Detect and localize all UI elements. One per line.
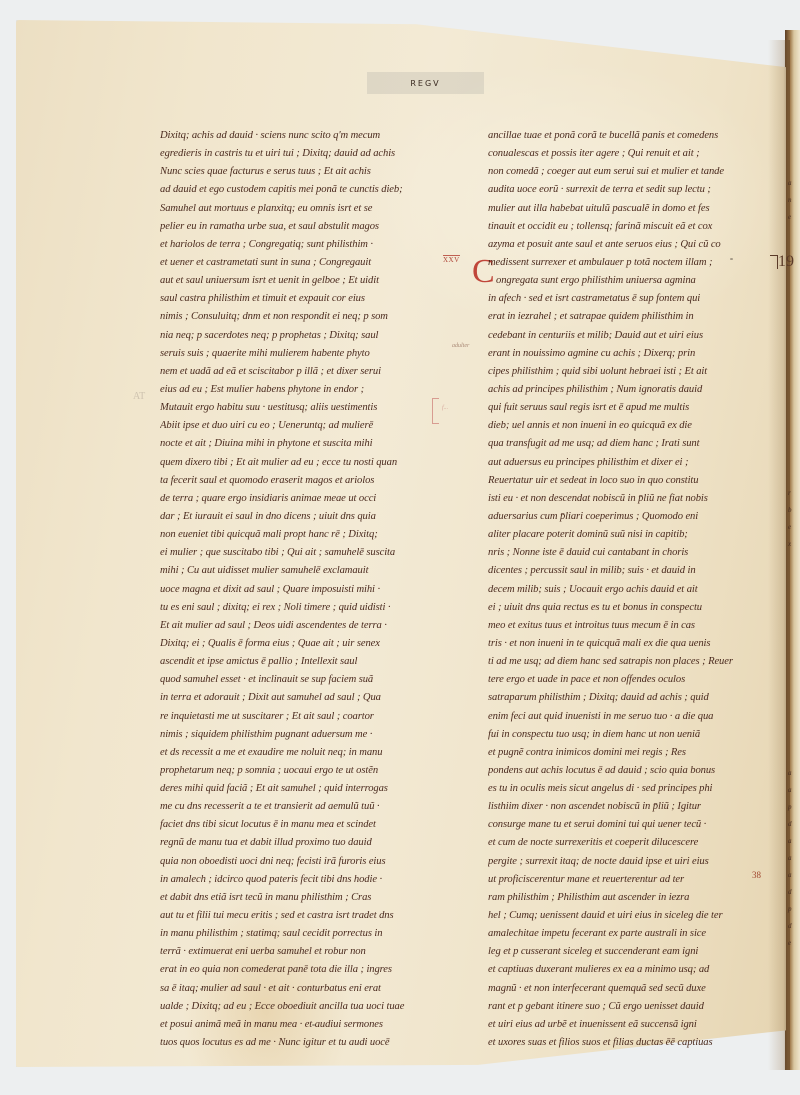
text-column-right: ancillae tuae et ponã corã te bucellã pa…	[488, 127, 768, 1052]
manuscript-line: sa ē itaq; mulier ad saul · et ait · con…	[160, 980, 465, 998]
manuscript-line: tuos quos locutus es ad me · Nunc igitur…	[160, 1034, 465, 1052]
margin-faint-mark: AT	[133, 391, 145, 402]
manuscript-line: erant in nouissimo agmine cu achis ; Dix…	[488, 345, 768, 363]
adjacent-page-glyph: d	[788, 884, 792, 901]
manuscript-line: tu es eni saul ; dixitq; ei rex ; Noli t…	[160, 599, 465, 617]
manuscript-line: rant et p gebant itinere suo ; Cũ ergo u…	[488, 998, 768, 1016]
text-column-left: Dixitq; achis ad dauid · sciens nunc sci…	[160, 127, 465, 1052]
manuscript-line: nimis ; siquidem philisthim pugnant adue…	[160, 726, 465, 744]
manuscript-line: listhiim dixer · non ascendet nobiscũ in…	[488, 798, 768, 816]
manuscript-line: aut aduersus eu principes philisthim et …	[488, 454, 768, 472]
manuscript-line: prophetarum neq; p somnia ; uocaui ergo …	[160, 762, 465, 780]
manuscript-line: dieb; uel annis et non inueni in eo quic…	[488, 417, 768, 435]
manuscript-line: azyma et posuit ante saul et ante seruos…	[488, 236, 768, 254]
manuscript-line: Et ait mulier ad saul ; Deos uidi ascend…	[160, 617, 465, 635]
manuscript-line: terrã · extimuerat eni uerba samuhel et …	[160, 943, 465, 961]
parchment-blemish	[312, 1024, 315, 1026]
manuscript-line: in manu philisthim ; statimq; saul cecid…	[160, 925, 465, 943]
manuscript-line: nimis ; Consuluitq; dnm et non respondit…	[160, 308, 465, 326]
manuscript-line: nem et uadã ad eã et sciscitabor p illã …	[160, 363, 465, 381]
manuscript-line: dar ; Et iurauit ei saul in dno dicens ;…	[160, 508, 465, 526]
adjacent-page-glyph: p	[788, 901, 792, 918]
manuscript-line: non comedã ; coeger aut eum serui sui et…	[488, 163, 768, 181]
manuscript-line: re inquietasti me ut suscitarer ; Et ait…	[160, 708, 465, 726]
manuscript-line: conualescas et possis iter agere ; Qui r…	[488, 145, 768, 163]
adjacent-page-glyph: d	[788, 816, 792, 833]
adjacent-page-glyph: a	[788, 867, 792, 884]
adjacent-page-glyph: a	[788, 850, 792, 867]
manuscript-line: consurge mane tu et serui domini tui qui…	[488, 816, 768, 834]
viewer-stage: REGV XXV C 19 38 AT f... adulter Dixitq;…	[0, 0, 800, 1095]
manuscript-line: pondens aut achis locutus ē ad dauid ; s…	[488, 762, 768, 780]
manuscript-line: regnũ de manu tua et dabit illud proximo…	[160, 834, 465, 852]
manuscript-line: leg et p cusserant siceleg et succendera…	[488, 943, 768, 961]
manuscript-line: et hariolos de terra ; Congregatiq; sunt…	[160, 236, 465, 254]
manuscript-line: tinauit et occidit eu ; tollensq; farinã…	[488, 218, 768, 236]
manuscript-line: ei mulier ; que suscitabo tibi ; Qui ait…	[160, 544, 465, 562]
manuscript-line: dicentes ; percussit saul in milib; suis…	[488, 562, 768, 580]
adjacent-page-glyph: e	[788, 935, 791, 952]
manuscript-line: nocte et ait ; Diuina mihi in phytone et…	[160, 435, 465, 453]
manuscript-line: Samuhel aut mortuus e planxitq; eu omnis…	[160, 200, 465, 218]
manuscript-line: nris ; Nonne iste ē dauid cui cantabant …	[488, 544, 768, 562]
adjacent-page-glyph: n	[788, 192, 792, 209]
manuscript-line: in terra et adorauit ; Dixit aut samuhel…	[160, 689, 465, 707]
manuscript-line: Nunc scies quae facturus e serus tuus ; …	[160, 163, 465, 181]
manuscript-line: ei ; uiuit dns quia rectus es tu et bonu…	[488, 599, 768, 617]
parchment-blemish	[200, 988, 203, 990]
manuscript-line: et uener et castrametati sunt in suna ; …	[160, 254, 465, 272]
manuscript-line: et ds recessit a me et exaudire me nolui…	[160, 744, 465, 762]
adjacent-page-glyph: r	[788, 485, 791, 502]
adjacent-page-glyph: d	[788, 918, 792, 935]
manuscript-line: fui in conspectu tuo usq; in diem hanc u…	[488, 726, 768, 744]
manuscript-line: nia neq; p sacerdotes neq; p prophetas ;…	[160, 327, 465, 345]
manuscript-line: aut tu et filii tui mecu eritis ; sed et…	[160, 907, 465, 925]
manuscript-line: quod samuhel esset · et inclinauit se su…	[160, 671, 465, 689]
manuscript-line: magnũ · et non interfecerant quemquã sed…	[488, 980, 768, 998]
manuscript-line: pelier eu in ramatha urbe sua, et saul a…	[160, 218, 465, 236]
manuscript-line: medissent surrexer et ambulauer p totã n…	[488, 254, 768, 272]
manuscript-line: erat in eo quia non comederat panē tota …	[160, 961, 465, 979]
manuscript-line: quem dixero tibi ; Et ait mulier ad eu ;…	[160, 454, 465, 472]
manuscript-line: Dixitq; ei ; Qualis ē forma eius ; Quae …	[160, 635, 465, 653]
adjacent-page-glyph: a	[788, 175, 792, 192]
adjacent-page-glyph: e	[788, 519, 791, 536]
manuscript-line: et cum de nocte surrexeritis et coeperit…	[488, 834, 768, 852]
adjacent-page-glyph: e	[788, 209, 791, 226]
manuscript-line: ta fecerit saul et quomodo eraserit mago…	[160, 472, 465, 490]
manuscript-line: enim feci aut quid inuenisti in me seruo…	[488, 708, 768, 726]
manuscript-line: achis ad principes philisthim ; Num igno…	[488, 381, 768, 399]
manuscript-line: ascendit et ipse amictus ē pallio ; Inte…	[160, 653, 465, 671]
manuscript-line: eius ad eu ; Est mulier habens phytone i…	[160, 381, 465, 399]
manuscript-line: me cu dns recesserit a te et transierit …	[160, 798, 465, 816]
manuscript-line: cedebant in centuriis et milib; Dauid au…	[488, 327, 768, 345]
manuscript-line: qui fuit seruus saul regis isrt et ē apu…	[488, 399, 768, 417]
manuscript-line: ad dauid et ego custodem capitis mei pon…	[160, 181, 465, 199]
manuscript-line: ram philisthim ; Philisthim aut ascender…	[488, 889, 768, 907]
adjacent-page-glyph: x	[788, 536, 791, 553]
manuscript-line: decem milib; suis ; Uocauit ergo achis d…	[488, 581, 768, 599]
manuscript-line: ti ad me usq; ad diem hanc sed satrapis …	[488, 653, 768, 671]
margin-number-top: 19	[778, 253, 794, 271]
manuscript-line: Reuertatur uir et sedeat in loco suo in …	[488, 472, 768, 490]
adjacent-page-glyph: a	[788, 833, 792, 850]
manuscript-line: amalechitae impetu fecerant ex parte aus…	[488, 925, 768, 943]
manuscript-line: aduersarius cum p̄liari coeperimus ; Quo…	[488, 508, 768, 526]
manuscript-line: tris · et non inueni in te quicquã mali …	[488, 635, 768, 653]
manuscript-line: in afech · sed et isrt castrametatus ē s…	[488, 290, 768, 308]
manuscript-line: de terra ; quare ergo insidiaris animae …	[160, 490, 465, 508]
manuscript-line: cipes philisthim ; quid sibi uolunt hebr…	[488, 363, 768, 381]
manuscript-line: es tu in oculis meis sicut angelus di · …	[488, 780, 768, 798]
manuscript-line: aut et saul uniuersum isrt et uenit in g…	[160, 272, 465, 290]
manuscript-line: erat in iezrahel ; et satrapae quidem ph…	[488, 308, 768, 326]
manuscript-line: Mutauit ergo habitu suu · uestitusq; ali…	[160, 399, 465, 417]
manuscript-line: seruis suis ; quaerite mihi mulierem hab…	[160, 345, 465, 363]
running-header: REGV	[367, 72, 484, 94]
manuscript-line: Abiit ipse et duo uiri cu eo ; Ueneruntq…	[160, 417, 465, 435]
manuscript-line: et dabit dns etiã isrt tecũ in manu phil…	[160, 889, 465, 907]
manuscript-line: ongregata sunt ergo philisthim uniuersa …	[488, 272, 768, 290]
manuscript-line: ualde ; Dixitq; ad eu ; Ecce oboediuit a…	[160, 998, 465, 1016]
manuscript-line: et captiuas duxerant mulieres ex ea a mi…	[488, 961, 768, 979]
manuscript-line: ut proficiscerentur mane et reuerterentu…	[488, 871, 768, 889]
manuscript-line: quia non oboedisti uoci dni neq; fecisti…	[160, 853, 465, 871]
gutter-shadow	[768, 40, 790, 1070]
manuscript-line: tere ergo et uade in pace et non offende…	[488, 671, 768, 689]
manuscript-line: meo et exitus tuus et introitus tuus mec…	[488, 617, 768, 635]
parchment-blemish	[730, 258, 733, 260]
manuscript-line: aliter placare poterit dominũ suũ nisi i…	[488, 526, 768, 544]
manuscript-line: mihi ; Cu aut uidisset mulier samuhelē e…	[160, 562, 465, 580]
manuscript-line: satraparum philisthim ; Dixitq; dauid ad…	[488, 689, 768, 707]
adjacent-page-glyph: p	[788, 799, 792, 816]
manuscript-line: et pugnẽ contra inimicos domini mei regi…	[488, 744, 768, 762]
adjacent-page-glyph: a	[788, 765, 792, 782]
manuscript-line: egredieris in castris tu et uiri tui ; D…	[160, 145, 465, 163]
manuscript-line: audita uoce eorũ · surrexit de terra et …	[488, 181, 768, 199]
manuscript-line: pergite ; surrexit itaq; de nocte dauid …	[488, 853, 768, 871]
manuscript-line: et uxores suas et filios suos et filias …	[488, 1034, 768, 1052]
manuscript-line: faciet dns tibi sicut locutus ē in manu …	[160, 816, 465, 834]
manuscript-line: et uiri eius ad urbẽ et inuenissent eã s…	[488, 1016, 768, 1034]
manuscript-line: isti eu · et non descendat nobiscũ in p̄…	[488, 490, 768, 508]
manuscript-line: uoce magna et dixit ad saul ; Quare impo…	[160, 581, 465, 599]
manuscript-line: ancillae tuae et ponã corã te bucellã pa…	[488, 127, 768, 145]
manuscript-line: in amalech ; idcirco quod pateris fecit …	[160, 871, 465, 889]
manuscript-line: non eueniet tibi quicquã mali propt hanc…	[160, 526, 465, 544]
manuscript-line: deres mihi quid faciã ; Et ait samuhel ;…	[160, 780, 465, 798]
manuscript-line: Dixitq; achis ad dauid · sciens nunc sci…	[160, 127, 465, 145]
adjacent-page-glyph: b	[788, 502, 792, 519]
adjacent-page-glyph: a	[788, 782, 792, 799]
manuscript-line: mulier aut illa habebat uitulũ pascualẽ …	[488, 200, 768, 218]
manuscript-line: hel ; Cumq; uenissent dauid et uiri eius…	[488, 907, 768, 925]
manuscript-line: saul castra philisthim et timuit et expa…	[160, 290, 465, 308]
manuscript-line: qua transfugit ad me usq; ad diem hanc ;…	[488, 435, 768, 453]
